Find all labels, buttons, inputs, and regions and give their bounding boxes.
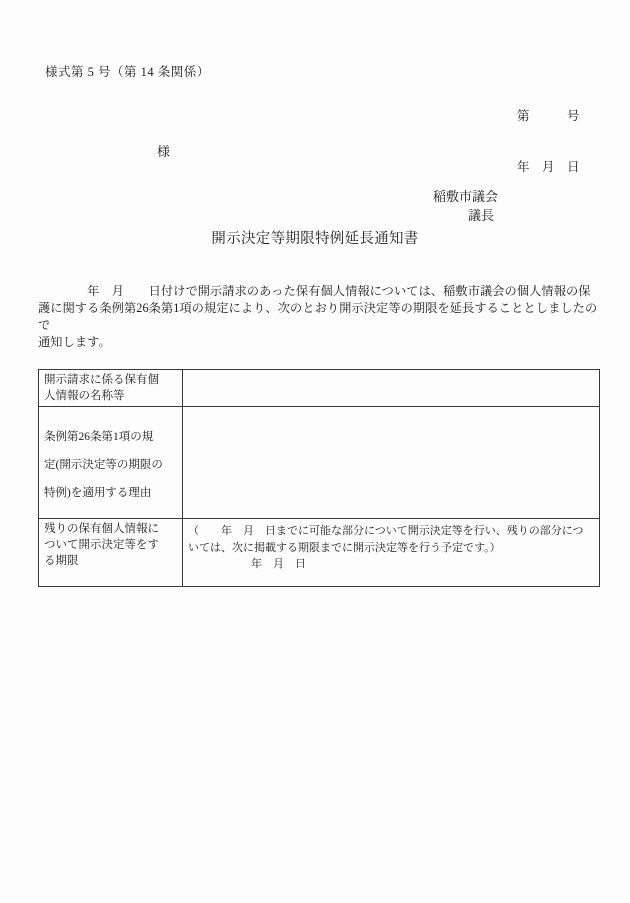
- table-row-deadline: 残りの保有個人情報に ついて開示決定等をす る期限 （ 年 月 日までに可能な部…: [39, 519, 600, 587]
- sender-block: 稲敷市議会 議長: [433, 188, 498, 225]
- row-label-reason: 条例第26条第1項の規 定(開示決定等の期限の 特例)を適用する理由: [39, 407, 183, 519]
- row-value-reason: [183, 407, 600, 519]
- body-paragraph: 年 月 日付けで開示請求のあった保有個人情報については、稲敷市議会の個人情報の保…: [38, 283, 604, 351]
- form-number: 様式第 5 号（第 14 条関係）: [45, 62, 210, 80]
- document-title: 開示決定等期限特例延長通知書: [0, 227, 630, 248]
- sender-title: 議長: [433, 207, 498, 226]
- table-row-reason: 条例第26条第1項の規 定(開示決定等の期限の 特例)を適用する理由: [39, 407, 600, 519]
- row-value-personal-info-name: [183, 370, 600, 407]
- row-label-deadline: 残りの保有個人情報に ついて開示決定等をす る期限: [39, 519, 183, 587]
- row-label-personal-info-name: 開示請求に係る保有個 人情報の名称等: [39, 370, 183, 407]
- sender-organization: 稲敷市議会: [433, 188, 498, 207]
- form-table: 開示請求に係る保有個 人情報の名称等 条例第26条第1項の規 定(開示決定等の期…: [38, 369, 600, 587]
- deadline-note-text: （ 年 月 日までに可能な部分について開示決定等を行い、残りの部分につ いては、…: [188, 523, 594, 556]
- addressee-honorific: 様: [157, 141, 170, 160]
- table-row-personal-info-name: 開示請求に係る保有個 人情報の名称等: [39, 370, 600, 407]
- document-date-line: 年 月 日: [517, 159, 580, 176]
- deadline-date-line: 年 月 日: [188, 556, 594, 573]
- row-value-deadline: （ 年 月 日までに可能な部分について開示決定等を行い、残りの部分につ いては、…: [183, 519, 600, 587]
- document-page: 様式第 5 号（第 14 条関係） 第 号 年 月 日 様 稲敷市議会 議長 開…: [0, 0, 630, 903]
- document-number-line: 第 号: [517, 108, 580, 125]
- document-number-block: 第 号 年 月 日: [517, 74, 580, 210]
